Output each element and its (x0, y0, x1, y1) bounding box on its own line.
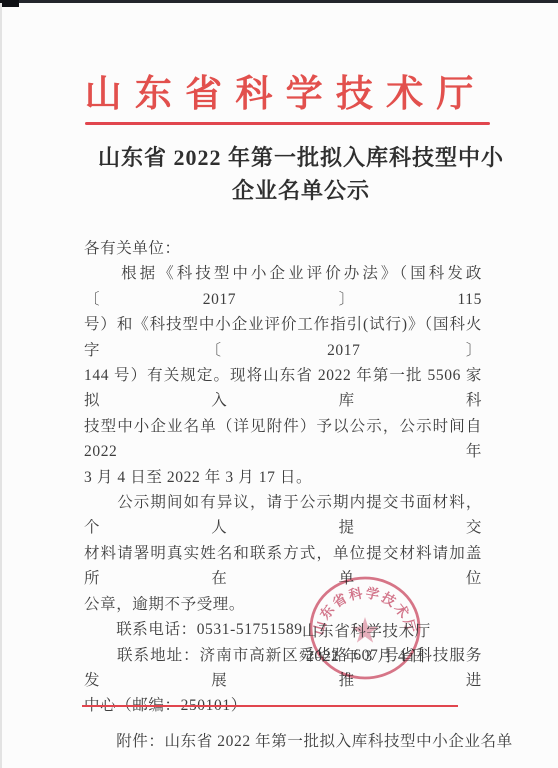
document-title-line1: 山东省 2022 年第一批拟入库科技型中小 (22, 141, 558, 174)
scan-artifact-top-bar (0, 0, 558, 3)
document-body: 各有关单位： 根据《科技型中小企业评价办法》（国科发政〔2017〕115 号）和… (84, 236, 482, 754)
scan-artifact-corner (0, 0, 19, 7)
body-line: 根据《科技型中小企业评价办法》（国科发政〔2017〕115 (84, 261, 482, 312)
letterhead-agency-name: 山 东 省 科 学 技 术 厅 (0, 63, 558, 117)
body-line: 144 号）有关规定。现将山东省 2022 年第一批 5506 家拟入库科 (84, 363, 482, 414)
body-line: 材料请署明真实姓名和联系方式，单位提交材料请加盖所在单位 (84, 541, 482, 592)
signature-date: 2022 年 3 月 4 日 (306, 644, 427, 666)
letterhead-divider-line (85, 122, 490, 125)
body-line-attachment: 附件：山东省 2022 年第一批拟入库科技型中小企业名单 (84, 729, 482, 754)
body-line: 号）和《科技型中小企业评价工作指引(试行)》（国科火字〔2017〕 (84, 312, 482, 363)
body-line: 公示期间如有异议，请于公示期内提交书面材料，个人提交 (84, 490, 482, 541)
scan-artifact-left-edge (0, 3, 2, 768)
body-line: 技型中小企业名单（详见附件）予以公示，公示时间自 2022 年 (84, 414, 482, 465)
footer-divider-line (82, 705, 458, 707)
body-line: 3 月 4 日至 2022 年 3 月 17 日。 (84, 465, 482, 490)
document-title-line2: 企业名单公示 (22, 174, 558, 207)
body-line-salutation: 各有关单位： (84, 236, 482, 261)
signature-agency-name: 山东省科学技术厅 (302, 619, 431, 641)
body-line: 公章，逾期不予受理。 (84, 592, 482, 617)
scanned-document-page: 山 东 省 科 学 技 术 厅 山东省 2022 年第一批拟入库科技型中小 企业… (0, 0, 558, 768)
document-title: 山东省 2022 年第一批拟入库科技型中小 企业名单公示 (22, 141, 558, 207)
